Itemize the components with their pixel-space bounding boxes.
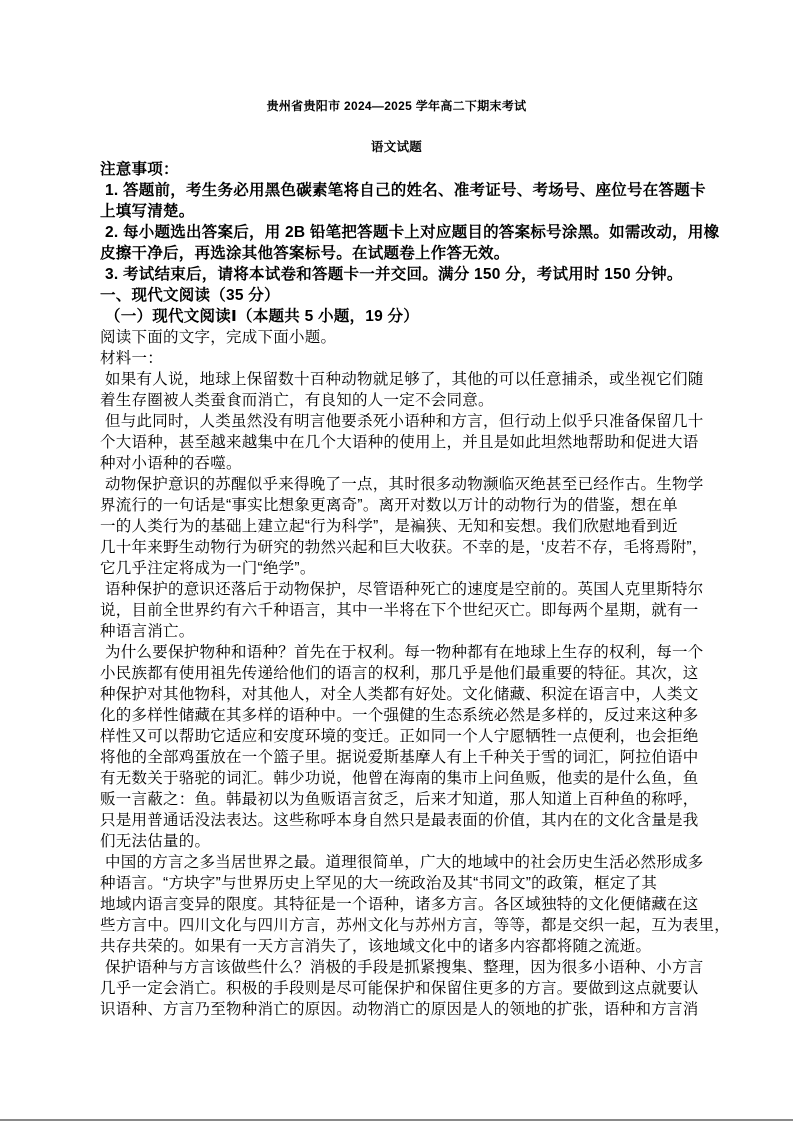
text-line: 种语言。“方块字”与世界历史上罕见的大一统政治及其“书同文”的政策，框定了其 bbox=[100, 873, 715, 894]
text-line: 说，目前全世界约有六千种语言，其中一半将在下个世纪灭亡。即每两个星期，就有一 bbox=[100, 600, 715, 621]
text-line: 样性又可以帮助它适应和安度环境的变迁。正如同一个人宁愿牺牲一点便利，也会拒绝 bbox=[100, 726, 715, 747]
text-line: 共存共荣的。如果有一天方言消失了，该地域文化中的诸多内容都将随之流逝。 bbox=[100, 936, 715, 957]
text-line: 小民族都有使用祖先传递给他们的语言的权利，那几乎是他们最重要的特征。其次，这 bbox=[100, 663, 715, 684]
text-line: 将他的全部鸡蛋放在一个篮子里。据说爱斯基摩人有上千种关于雪的词汇，阿拉伯语中 bbox=[100, 747, 715, 768]
text-line: 只是用普通话没法表达。这些称呼本身自然只是最表面的价值，其内在的文化含量是我 bbox=[100, 810, 715, 831]
text-line: 种保护对其他物科，对其他人，对全人类都有好处。文化储藏、积淀在语言中，人类文 bbox=[100, 684, 715, 705]
exam-body-text: 注意事项：1. 答题前，考生务必用黑色碳素笔将自己的姓名、准考证号、考场号、座位… bbox=[0, 159, 793, 1020]
text-line: 上填写清楚。 bbox=[100, 201, 715, 222]
exam-title: 贵州省贵阳市 2024—2025 学年高二下期末考试 bbox=[0, 0, 793, 113]
text-line: 有无数关于骆驼的词汇。韩少功说，他曾在海南的集市上问鱼贩，他卖的是什么鱼，鱼 bbox=[100, 768, 715, 789]
text-line: 种对小语种的吞噬。 bbox=[100, 453, 715, 474]
text-line: 但与此同时，人类虽然没有明言他要杀死小语种和方言，但行动上似乎只准备保留几十 bbox=[100, 411, 715, 432]
text-line: 注意事项： bbox=[100, 159, 715, 180]
text-line: 1. 答题前，考生务必用黑色碳素笔将自己的姓名、准考证号、考场号、座位号在答题卡 bbox=[100, 180, 715, 201]
text-line: 动物保护意识的苏醒似乎来得晚了一点，其时很多动物濒临灭绝甚至已经作古。生物学 bbox=[100, 474, 715, 495]
text-line: 3. 考试结束后，请将本试卷和答题卡一并交回。满分 150 分，考试用时 150… bbox=[100, 264, 715, 285]
text-line: 几十年来野生动物行为研究的勃然兴起和巨大收获。不幸的是，‘皮若不存，毛将焉附”， bbox=[100, 537, 715, 558]
text-line: 几乎一定会消亡。积极的手段则是尽可能保护和保留住更多的方言。要做到这点就要认 bbox=[100, 978, 715, 999]
text-line: 们无法估量的。 bbox=[100, 831, 715, 852]
text-line: 它几乎注定将成为一门“绝学”。 bbox=[100, 558, 715, 579]
text-line: 识语种、方言乃至物种消亡的原因。动物消亡的原因是人的领地的扩张，语种和方言消 bbox=[100, 999, 715, 1020]
text-line: 语种保护的意识还落后于动物保护，尽管语种死亡的速度是空前的。英国人克里斯特尔 bbox=[100, 579, 715, 600]
text-line: 化的多样性储藏在其多样的语种中。一个强健的生态系统必然是多样的，反过来这种多 bbox=[100, 705, 715, 726]
text-line: 中国的方言之多当居世界之最。道理很简单，广大的地域中的社会历史生活必然形成多 bbox=[100, 852, 715, 873]
text-line: 材料一： bbox=[100, 348, 715, 369]
text-line: 地域内语言变异的限度。其特征是一个语种，诸多方言。各区域独特的文化便储藏在这 bbox=[100, 894, 715, 915]
text-line: 贩一言蔽之：鱼。韩最初以为鱼贩语言贫乏，后来才知道，那人知道上百种鱼的称呼， bbox=[100, 789, 715, 810]
text-line: 阅读下面的文字，完成下面小题。 bbox=[100, 327, 715, 348]
text-line: 为什么要保护物种和语种？首先在于权利。每一物种都有在地球上生存的权利，每一个 bbox=[100, 642, 715, 663]
text-line: 一、现代文阅读（35 分） bbox=[100, 285, 715, 306]
text-line: 种语言消亡。 bbox=[100, 621, 715, 642]
text-line: （一）现代文阅读Ⅰ（本题共 5 小题，19 分） bbox=[100, 306, 715, 327]
text-line: 如果有人说，地球上保留数十百种动物就足够了，其他的可以任意捕杀，或坐视它们随 bbox=[100, 369, 715, 390]
text-line: 界流行的一句话是“事实比想象更离奇”。离开对数以万计的动物行为的借鉴，想在单 bbox=[100, 495, 715, 516]
text-line: 些方言中。四川文化与四川方言，苏州文化与苏州方言，等等，都是交织一起，互为表里， bbox=[100, 915, 715, 936]
text-line: 皮擦干净后，再选涂其他答案标号。在试题卷上作答无效。 bbox=[100, 243, 715, 264]
text-line: 2. 每小题选出答案后，用 2B 铅笔把答题卡上对应题目的答案标号涂黑。如需改动… bbox=[100, 222, 715, 243]
text-line: 着生存圈被人类蚕食而消亡，有良知的人一定不会同意。 bbox=[100, 390, 715, 411]
exam-document-page: 贵州省贵阳市 2024—2025 学年高二下期末考试 语文试题 注意事项：1. … bbox=[0, 0, 793, 1122]
exam-subtitle: 语文试题 bbox=[0, 140, 793, 154]
page-bottom-divider bbox=[0, 1119, 793, 1121]
text-line: 个大语种，甚至越来越集中在几个大语种的使用上，并且是如此坦然地帮助和促进大语 bbox=[100, 432, 715, 453]
text-line: 一的人类行为的基础上建立起“行为科学”，是褊狭、无知和妄想。我们欣慰地看到近 bbox=[100, 516, 715, 537]
text-line: 保护语种与方言该做些什么？消极的手段是抓紧搜集、整理，因为很多小语种、小方言 bbox=[100, 957, 715, 978]
